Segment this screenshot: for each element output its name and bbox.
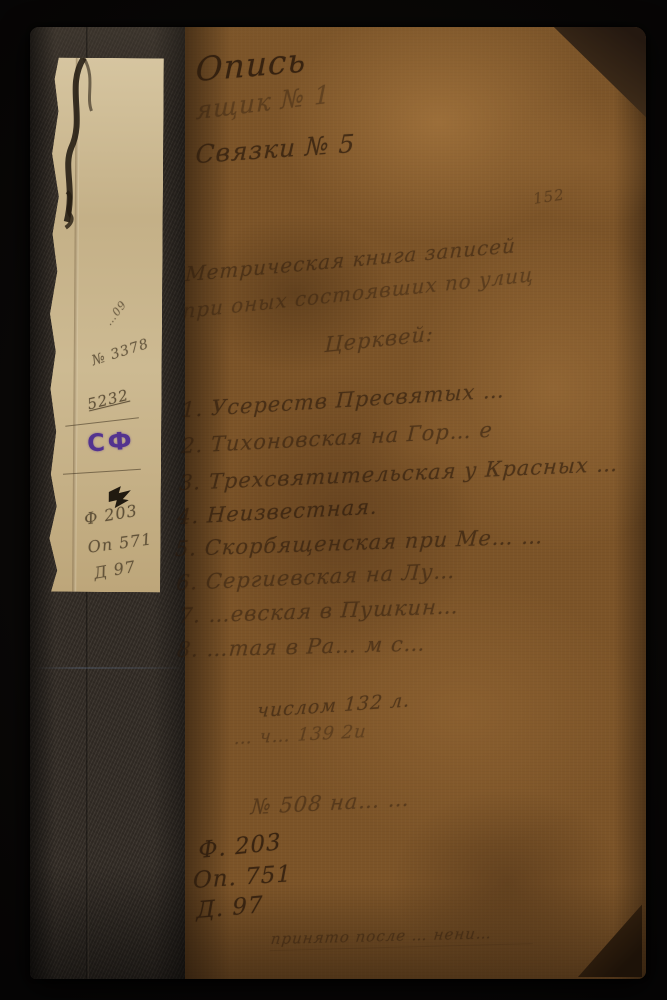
label-delo-number: Д 97 [92, 557, 137, 583]
bottom-right-corner-cap [578, 903, 642, 977]
spine-label: …09 № 3378 5232 СФ Ф 203 Оп 571 Д 97 [46, 58, 164, 593]
photo-background: …09 № 3378 5232 СФ Ф 203 Оп 571 Д 97 Опи… [0, 0, 667, 1000]
spine-scratch [34, 667, 184, 669]
label-hole-icon [61, 190, 81, 230]
label-number-5232: 5232 [86, 386, 131, 413]
label-fond-number: Ф 203 [83, 501, 139, 529]
label-opis-number: Оп 571 [87, 529, 154, 556]
top-right-corner-cap [550, 27, 646, 121]
archive-book: …09 № 3378 5232 СФ Ф 203 Оп 571 Д 97 Опи… [30, 27, 646, 979]
label-catalog-number: № 3378 [90, 336, 151, 369]
label-code-top: …09 [102, 298, 130, 328]
sf-stamp: СФ [86, 427, 135, 458]
